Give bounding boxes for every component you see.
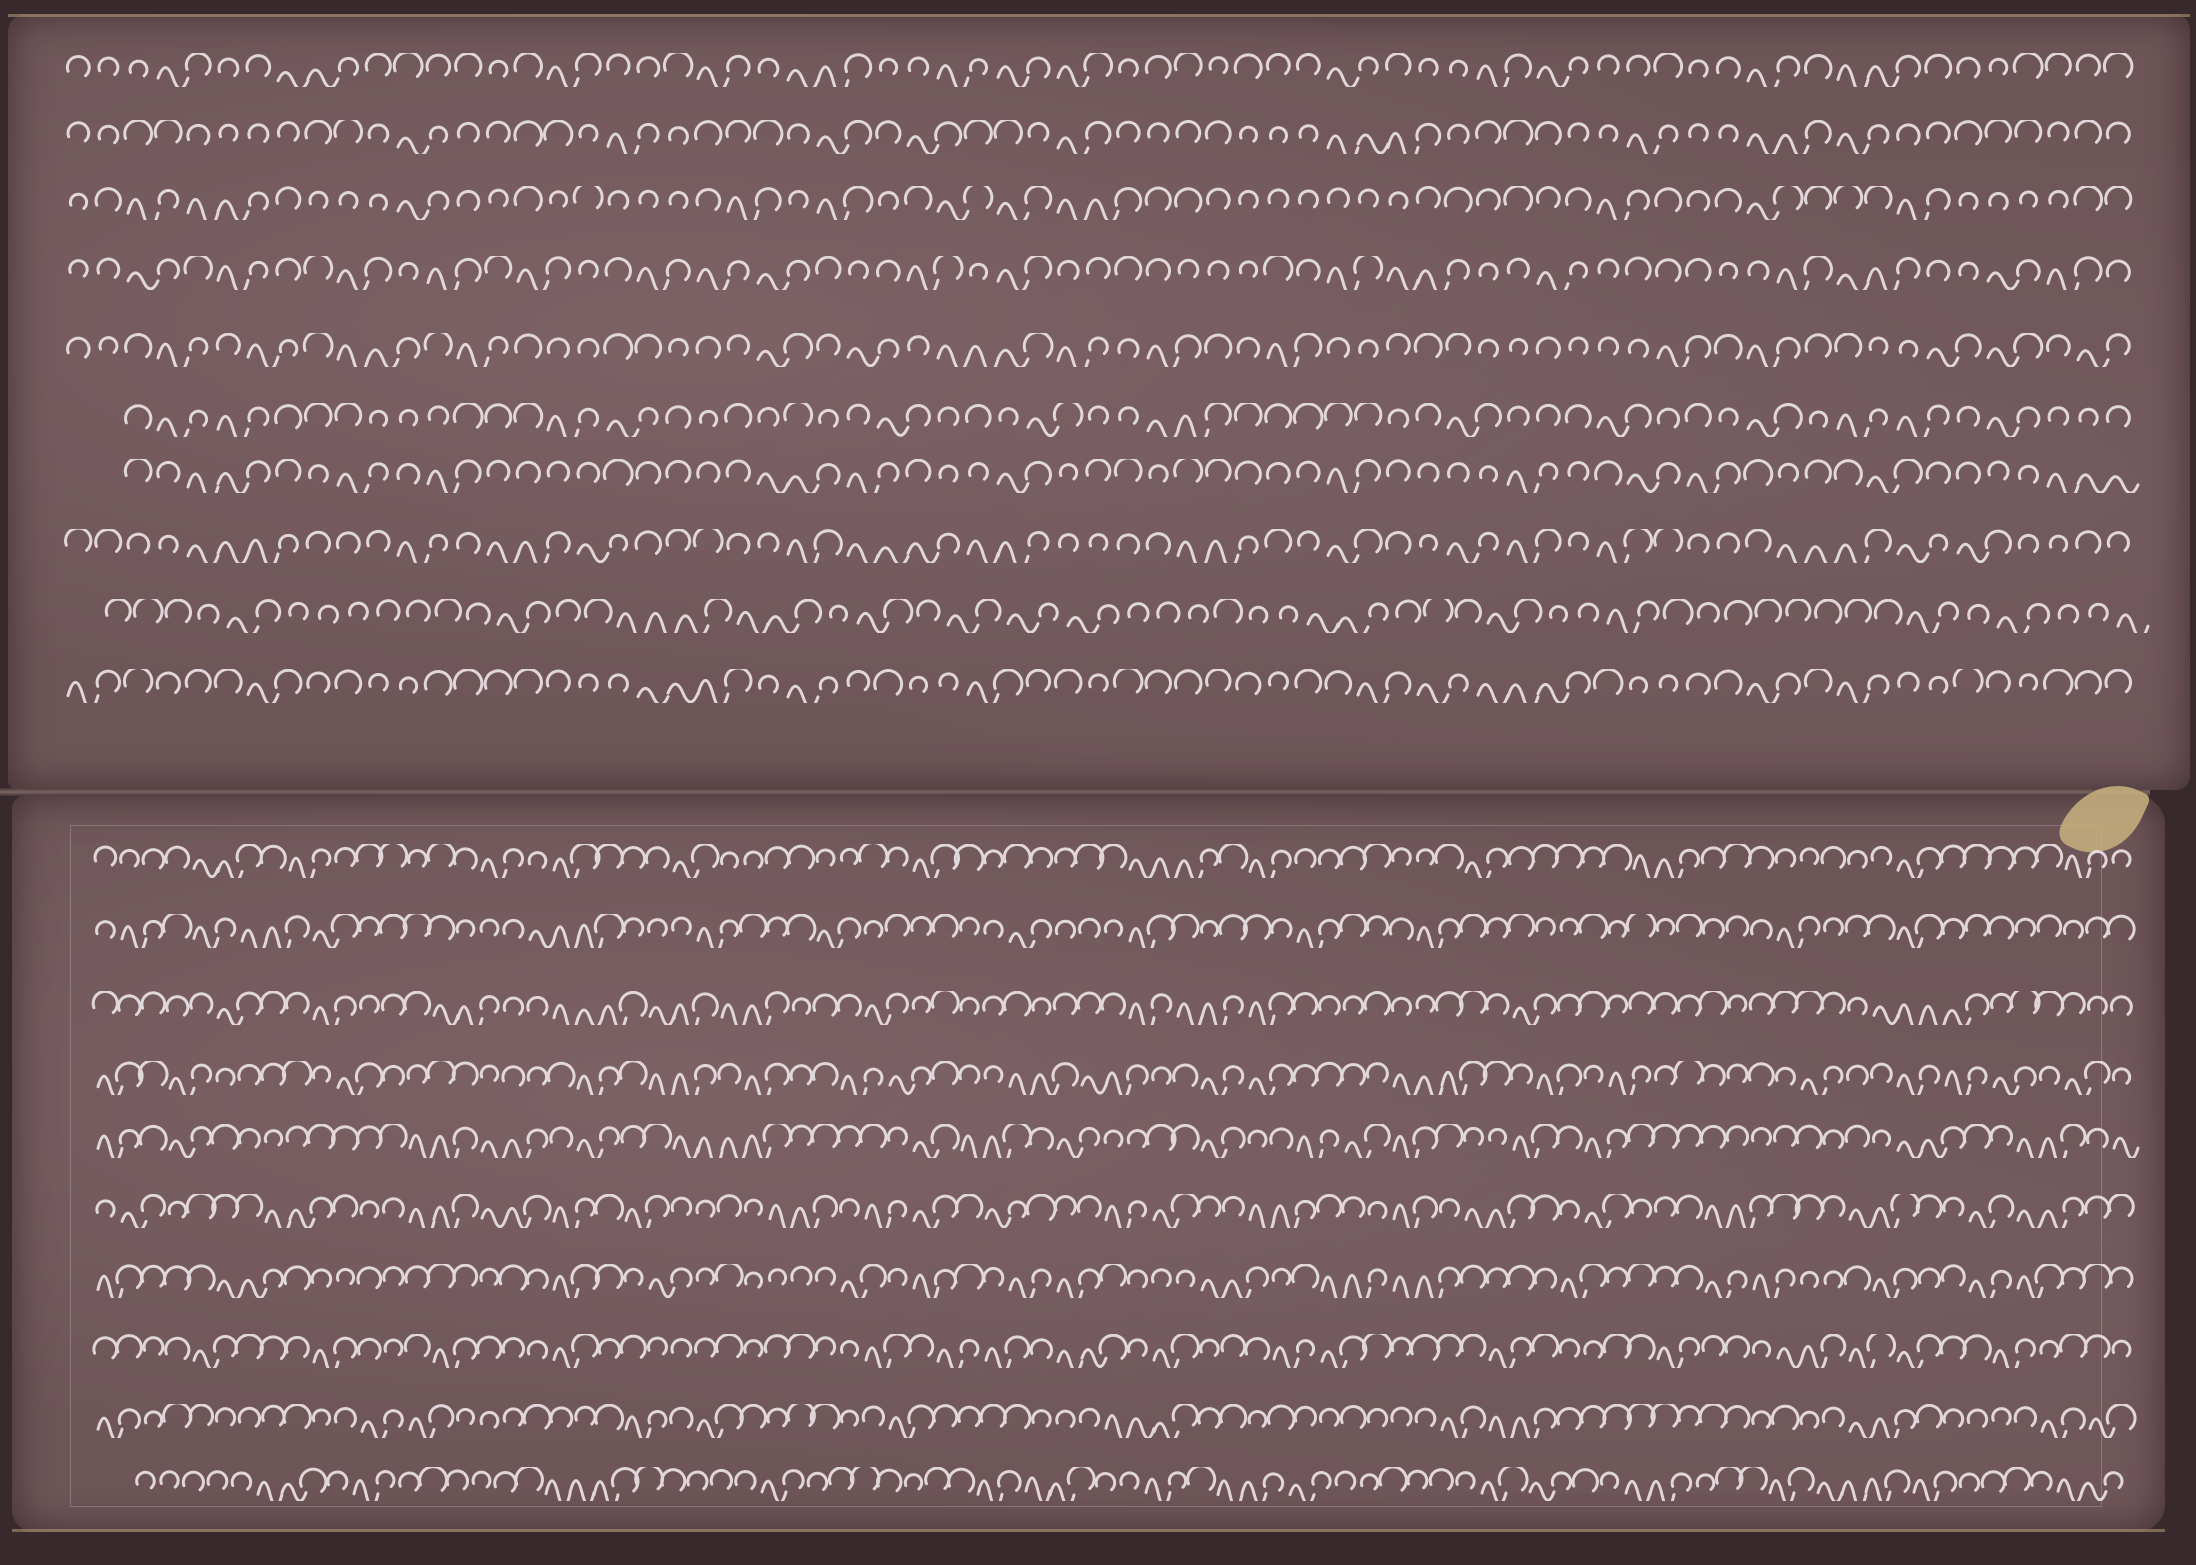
top-leaf-script-line (120, 459, 2150, 493)
top-leaf-script-line (60, 669, 2150, 703)
bottom-leaf-script-line (90, 1061, 2140, 1095)
leaf-bottom-gilt-edge (12, 1529, 2165, 1532)
bottom-leaf-script-line (90, 1334, 2140, 1368)
bottom-leaf-script-line (90, 844, 2140, 878)
leaf-top-gilt-edge (8, 14, 2190, 17)
top-leaf-script-line (60, 333, 2150, 367)
top-leaf-script-line (60, 53, 2150, 87)
bottom-leaf-script-line (90, 1264, 2140, 1298)
bottom-leaf-script-line (90, 914, 2140, 948)
top-leaf-script-line (60, 529, 2150, 563)
top-leaf-script-line (100, 599, 2150, 633)
bottom-leaf-script-line (90, 991, 2140, 1025)
bottom-leaf-script-line (130, 1467, 2140, 1501)
bottom-leaf-script-line (90, 1194, 2140, 1228)
top-leaf-script-line (60, 256, 2150, 290)
bottom-leaf-script-line (90, 1124, 2140, 1158)
leaf-divider-crease (0, 788, 2150, 796)
bottom-leaf-script-line (90, 1404, 2140, 1438)
top-leaf-script-line (120, 403, 2150, 437)
top-leaf-script-line (60, 186, 2150, 220)
top-leaf-script-line (60, 120, 2150, 154)
